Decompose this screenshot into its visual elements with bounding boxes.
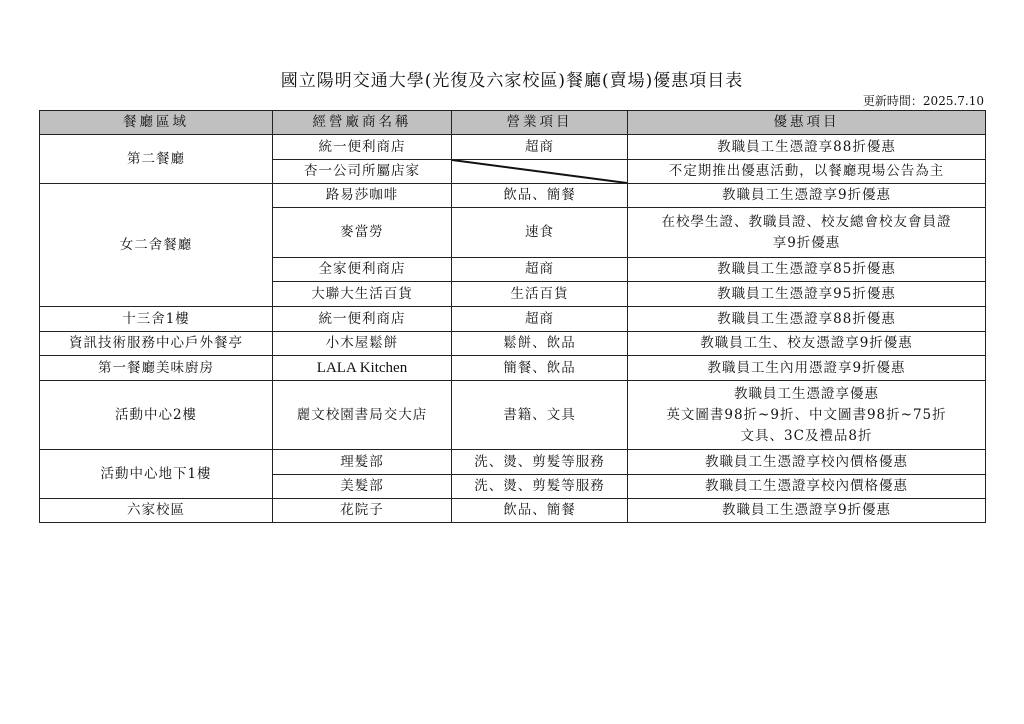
business-cell: 洗、燙、剪髮等服務 [452,475,628,499]
offer-cell: 不定期推出優惠活動，以餐廳現場公告為主 [628,160,986,184]
discount-table: 餐廳區域 經營廠商名稱 營業項目 優惠項目 第二餐廳 統一便利商店 超商 教職員… [39,110,986,523]
offer-cell: 教職員工生憑證享88折優惠 [628,135,986,160]
table-row: 第二餐廳 統一便利商店 超商 教職員工生憑證享88折優惠 [40,135,986,160]
vendor-cell: 麗文校園書局交大店 [273,381,452,450]
vendor-cell: 大聯大生活百貨 [273,282,452,307]
area-cell: 女二舍餐廳 [40,184,273,307]
offer-line: 英文圖書98折~9折、中文圖書98折~75折 [632,405,981,426]
vendor-cell: 統一便利商店 [273,307,452,332]
business-cell: 簡餐、飲品 [452,356,628,381]
offer-line: 教職員工生憑證享優惠 [632,384,981,405]
table-row: 活動中心地下1樓 理髮部 洗、燙、剪髮等服務 教職員工生憑證享校內價格優惠 [40,450,986,475]
area-cell: 活動中心地下1樓 [40,450,273,499]
vendor-cell: 全家便利商店 [273,258,452,282]
area-cell: 資訊技術服務中心戶外餐亭 [40,332,273,356]
vendor-cell: 麥當勞 [273,208,452,258]
business-cell: 書籍、文具 [452,381,628,450]
table-row: 六家校區 花院子 飲品、簡餐 教職員工生憑證享9折優惠 [40,499,986,523]
vendor-cell: 花院子 [273,499,452,523]
header-area: 餐廳區域 [40,111,273,135]
business-cell: 洗、燙、剪髮等服務 [452,450,628,475]
offer-cell: 教職員工生憑證享88折優惠 [628,307,986,332]
table-row: 資訊技術服務中心戶外餐亭 小木屋鬆餅 鬆餅、飲品 教職員工生、校友憑證享9折優惠 [40,332,986,356]
header-vendor: 經營廠商名稱 [273,111,452,135]
table-row: 活動中心2樓 麗文校園書局交大店 書籍、文具 教職員工生憑證享優惠 英文圖書98… [40,381,986,450]
updated-date: 更新時間：2025.7.10 [863,92,984,109]
business-cell: 超商 [452,258,628,282]
vendor-cell: LALA Kitchen [273,356,452,381]
business-cell: 超商 [452,135,628,160]
business-cell: 超商 [452,307,628,332]
area-cell: 六家校區 [40,499,273,523]
vendor-cell: 小木屋鬆餅 [273,332,452,356]
offer-cell: 教職員工生憑證享校內價格優惠 [628,475,986,499]
header-business: 營業項目 [452,111,628,135]
business-cell: 鬆餅、飲品 [452,332,628,356]
vendor-cell: 杏一公司所屬店家 [273,160,452,184]
vendor-cell: 美髮部 [273,475,452,499]
offer-line: 在校學生證、教職員證、校友總會校友會員證 [632,212,981,233]
offer-cell: 教職員工生憑證享85折優惠 [628,258,986,282]
offer-cell: 教職員工生憑證享95折優惠 [628,282,986,307]
business-cell: 速食 [452,208,628,258]
offer-line: 享9折優惠 [632,233,981,254]
offer-line: 文具、3C及禮品8折 [632,426,981,447]
document-title: 國立陽明交通大學(光復及六家校區)餐廳(賣場)優惠項目表 [0,66,1024,91]
vendor-cell: 統一便利商店 [273,135,452,160]
business-cell: 生活百貨 [452,282,628,307]
header-row: 餐廳區域 經營廠商名稱 營業項目 優惠項目 [40,111,986,135]
offer-cell: 教職員工生憑證享9折優惠 [628,184,986,208]
offer-cell: 教職員工生、校友憑證享9折優惠 [628,332,986,356]
area-cell: 活動中心2樓 [40,381,273,450]
diagonal-strike [452,160,627,183]
business-cell: 飲品、簡餐 [452,184,628,208]
offer-cell: 教職員工生憑證享優惠 英文圖書98折~9折、中文圖書98折~75折 文具、3C及… [628,381,986,450]
offer-cell: 教職員工生憑證享校內價格優惠 [628,450,986,475]
offer-cell: 教職員工生憑證享9折優惠 [628,499,986,523]
vendor-cell: 路易莎咖啡 [273,184,452,208]
table-row: 女二舍餐廳 路易莎咖啡 飲品、簡餐 教職員工生憑證享9折優惠 [40,184,986,208]
offer-cell: 教職員工生內用憑證享9折優惠 [628,356,986,381]
area-cell: 十三舍1樓 [40,307,273,332]
business-cell-crossed [452,160,628,184]
area-cell: 第一餐廳美味廚房 [40,356,273,381]
table-row: 十三舍1樓 統一便利商店 超商 教職員工生憑證享88折優惠 [40,307,986,332]
area-cell: 第二餐廳 [40,135,273,184]
table-row: 第一餐廳美味廚房 LALA Kitchen 簡餐、飲品 教職員工生內用憑證享9折… [40,356,986,381]
header-offer: 優惠項目 [628,111,986,135]
vendor-cell: 理髮部 [273,450,452,475]
offer-cell: 在校學生證、教職員證、校友總會校友會員證 享9折優惠 [628,208,986,258]
business-cell: 飲品、簡餐 [452,499,628,523]
